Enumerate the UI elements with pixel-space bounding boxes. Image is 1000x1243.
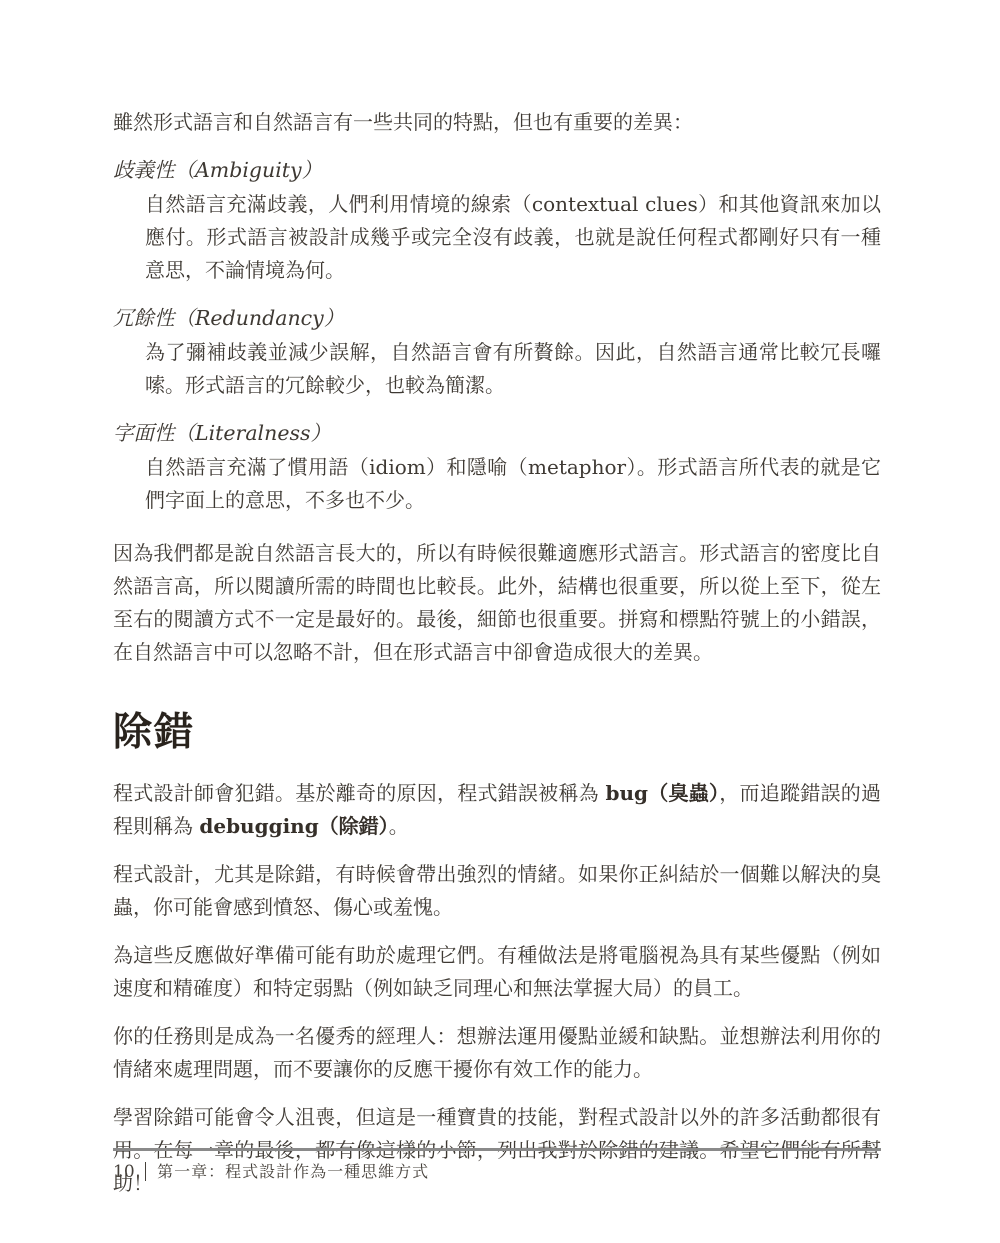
debug-paragraph-1: 程式設計師會犯錯。基於離奇的原因，程式錯誤被稱為 bug（臭蟲），而追蹤錯誤的過…: [113, 777, 881, 843]
book-page: 雖然形式語言和自然語言有一些共同的特點，但也有重要的差異： 歧義性（Ambigu…: [0, 0, 1000, 1243]
page-footer: 10第一章：程式設計作為一種思維方式: [113, 1148, 881, 1183]
closing-paragraph: 因為我們都是說自然語言長大的，所以有時候很難適應形式語言。形式語言的密度比自然語…: [113, 537, 881, 669]
intro-paragraph: 雖然形式語言和自然語言有一些共同的特點，但也有重要的差異：: [113, 106, 881, 139]
bold-term-bug: bug（臭蟲）: [606, 781, 720, 805]
definition-list: 歧義性（Ambiguity） 自然語言充滿歧義，人們利用情境的線索（contex…: [113, 153, 881, 517]
definition-description-ambiguity: 自然語言充滿歧義，人們利用情境的線索（contextual clues）和其他資…: [145, 188, 881, 287]
debug-paragraph-1-segment: 程式設計師會犯錯。基於離奇的原因，程式錯誤被稱為: [113, 781, 606, 805]
definition-term-ambiguity: 歧義性（Ambiguity）: [113, 153, 881, 187]
debug-paragraph-2: 程式設計，尤其是除錯，有時候會帶出強烈的情緒。如果你正糾結於一個難以解決的臭蟲，…: [113, 858, 881, 924]
section-heading-debugging: 除錯: [113, 710, 881, 756]
bold-term-debugging: debugging（除錯）: [199, 814, 388, 838]
page-number: 10: [113, 1161, 135, 1183]
debug-paragraph-3: 為這些反應做好準備可能有助於處理它們。有種做法是將電腦視為具有某些優點（例如速度…: [113, 939, 881, 1005]
definition-term-literalness: 字面性（Literalness）: [113, 416, 881, 450]
footer-separator: [145, 1162, 147, 1181]
debug-paragraph-4: 你的任務則是成為一名優秀的經理人：想辦法運用優點並緩和缺點。並想辦法利用你的情緒…: [113, 1020, 881, 1086]
definition-term-redundancy: 冗餘性（Redundancy）: [113, 301, 881, 335]
definition-description-literalness: 自然語言充滿了慣用語（idiom）和隱喻（metaphor）。形式語言所代表的就…: [145, 451, 881, 517]
definition-description-redundancy: 為了彌補歧義並減少誤解，自然語言會有所贅餘。因此，自然語言通常比較冗長囉嗦。形式…: [145, 336, 881, 402]
footer-chapter-title: 第一章：程式設計作為一種思維方式: [157, 1161, 429, 1183]
debug-paragraph-1-segment: 。: [389, 814, 409, 838]
